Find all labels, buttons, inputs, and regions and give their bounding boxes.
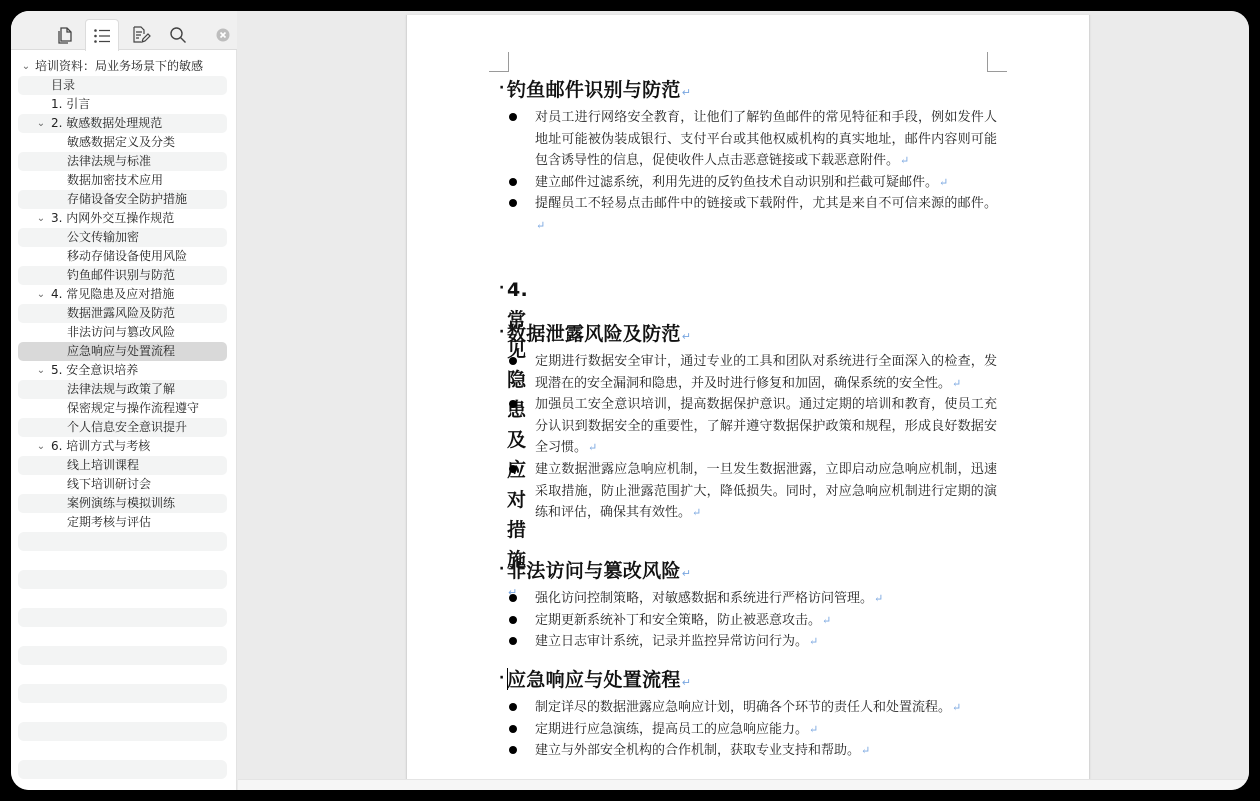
outline-empty-row: [18, 646, 227, 665]
margin-corner-mark: [987, 52, 1007, 72]
outline-empty-row: [18, 608, 227, 627]
annotate-icon: [131, 25, 151, 45]
heading-text: 数据泄露风险及防范: [507, 323, 681, 345]
list-item: 建立与外部安全机构的合作机制，获取专业支持和帮助。↵: [503, 740, 997, 762]
bullet-icon: [509, 400, 517, 408]
outline-empty-row: [18, 741, 227, 760]
paragraph-mark-icon: ↵: [874, 592, 883, 605]
bullet-icon: [509, 637, 517, 645]
outline-empty-row: [18, 703, 227, 722]
outline-item-label: 公文传输加密: [67, 228, 139, 247]
heading-text: 非法访问与篡改风险: [507, 560, 681, 582]
paragraph-mark-icon: ↵: [822, 614, 831, 627]
outline-item-label: 存储设备安全防护措施: [67, 190, 187, 209]
outline-item[interactable]: ⌄2. 敏感数据处理规范: [18, 114, 227, 133]
list-item: 对员工进行网络安全教育，让他们了解钓鱼邮件的常见特征和手段，例如发件人地址可能被…: [503, 107, 997, 172]
list-item: 定期更新系统补丁和安全策略，防止被恶意攻击。↵: [503, 610, 997, 632]
paragraph-mark-icon: ↵: [900, 154, 909, 167]
outline-empty-row: [18, 760, 227, 779]
paragraph-mark-icon: ↵: [588, 441, 597, 454]
sidebar-toolbar: [11, 11, 237, 50]
list-item: 建立日志审计系统，记录并监控异常访问行为。↵: [503, 631, 997, 653]
outline-item-label: 保密规定与操作流程遵守: [67, 399, 199, 418]
section-data-leak: · 数据泄露风险及防范↵ 定期进行数据安全审计，通过专业的工具和团队对系统进行全…: [503, 319, 997, 524]
outline-item-label: 个人信息安全意识提升: [67, 418, 187, 437]
heading: · 钓鱼邮件识别与防范↵: [503, 75, 997, 105]
outline-list-icon: [93, 28, 111, 44]
paragraph-mark-icon: ↵: [861, 744, 870, 757]
outline-item[interactable]: 个人信息安全意识提升: [18, 418, 227, 437]
bullet-icon: [509, 113, 517, 121]
section-phishing: · 钓鱼邮件识别与防范↵ 对员工进行网络安全教育，让他们了解钓鱼邮件的常见特征和…: [503, 75, 997, 237]
paragraph-mark-icon: ↵: [809, 635, 818, 648]
heading: · 数据泄露风险及防范↵: [503, 319, 997, 349]
outline-item[interactable]: 存储设备安全防护措施: [18, 190, 227, 209]
outline-item-label: 2. 敏感数据处理规范: [51, 114, 162, 133]
list-item: 加强员工安全意识培训，提高数据保护意识。通过定期的培训和教育，使员工充分认识到数…: [503, 394, 997, 459]
outline-item-label: 培训资料：局业务场景下的敏感: [35, 57, 203, 76]
outline-tree: ⌄培训资料：局业务场景下的敏感目录1. 引言⌄2. 敏感数据处理规范敏感数据定义…: [11, 57, 237, 779]
outline-empty-row: [18, 722, 227, 741]
bullet-icon: [509, 199, 517, 207]
outline-empty-row: [18, 665, 227, 684]
outline-item[interactable]: ⌄6. 培训方式与考核: [18, 437, 227, 456]
outline-empty-row: [18, 532, 227, 551]
paragraph-mark-icon: ↵: [682, 330, 692, 343]
bullet-icon: [509, 616, 517, 624]
bullet-icon: [509, 725, 517, 733]
outline-item[interactable]: ⌄3. 内网外交互操作规范: [18, 209, 227, 228]
heading: · 非法访问与篡改风险↵: [503, 556, 997, 586]
chevron-down-icon[interactable]: ⌄: [21, 57, 31, 76]
document-canvas[interactable]: · 钓鱼邮件识别与防范↵ 对员工进行网络安全教育，让他们了解钓鱼邮件的常见特征和…: [238, 11, 1249, 779]
outline-item-label: 钓鱼邮件识别与防范: [67, 266, 175, 285]
outline-item-label: 定期考核与评估: [67, 513, 151, 532]
outline-item[interactable]: 移动存储设备使用风险: [18, 247, 227, 266]
outline-item-label: 1. 引言: [51, 95, 90, 114]
outline-empty-row: [18, 570, 227, 589]
outline-empty-row: [18, 684, 227, 703]
paragraph-mark-icon: ↵: [682, 676, 692, 689]
search-icon: [169, 26, 187, 44]
sidebar: ⌄培训资料：局业务场景下的敏感目录1. 引言⌄2. 敏感数据处理规范敏感数据定义…: [11, 11, 237, 790]
bullet-icon: [509, 746, 517, 754]
list-item: 建立邮件过滤系统，利用先进的反钓鱼技术自动识别和拦截可疑邮件。↵: [503, 172, 997, 194]
outline-item[interactable]: 案例演练与模拟训练: [18, 494, 227, 513]
list-item: 定期进行应急演练，提高员工的应急响应能力。↵: [503, 719, 997, 741]
search-button[interactable]: [161, 19, 195, 50]
pages-view-button[interactable]: [48, 19, 82, 50]
pages-icon: [56, 25, 74, 45]
heading-text: 应急响应与处置流程: [507, 669, 681, 691]
outline-item-label: 法律法规与标准: [67, 152, 151, 171]
outline-item-label: 线上培训课程: [67, 456, 139, 475]
list-item: 提醒员工不轻易点击邮件中的链接或下载附件，尤其是来自不可信来源的邮件。↵: [503, 193, 997, 236]
outline-item[interactable]: 钓鱼邮件识别与防范: [18, 266, 227, 285]
list-item: 制定详尽的数据泄露应急响应计划，明确各个环节的责任人和处置流程。↵: [503, 697, 997, 719]
chevron-down-icon[interactable]: ⌄: [36, 285, 46, 304]
outline-item[interactable]: 法律法规与政策了解: [18, 380, 227, 399]
outline-item[interactable]: 1. 引言: [18, 95, 227, 114]
list-item: 强化访问控制策略，对敏感数据和系统进行严格访问管理。↵: [503, 588, 997, 610]
outline-item[interactable]: 非法访问与篡改风险: [18, 323, 227, 342]
outline-item[interactable]: 公文传输加密: [18, 228, 227, 247]
list-item: 建立数据泄露应急响应机制，一旦发生数据泄露，立即启动应急响应机制，迅速采取措施，…: [503, 459, 997, 524]
outline-item[interactable]: 线上培训课程: [18, 456, 227, 475]
paragraph-mark-icon: ↵: [809, 723, 818, 736]
bullet-icon: [509, 703, 517, 711]
outline-empty-row: [18, 551, 227, 570]
chevron-down-icon[interactable]: ⌄: [36, 361, 46, 380]
outline-item[interactable]: ⌄4. 常见隐患及应对措施: [18, 285, 227, 304]
outline-item-label: 数据加密技术应用: [67, 171, 163, 190]
annotations-view-button[interactable]: [124, 19, 158, 50]
chevron-down-icon[interactable]: ⌄: [36, 437, 46, 456]
outline-item-label: 应急响应与处置流程: [67, 342, 175, 361]
outline-item[interactable]: 定期考核与评估: [18, 513, 227, 532]
outline-view-button[interactable]: [85, 19, 119, 51]
status-bar: [238, 779, 1249, 790]
list-item: 定期进行数据安全审计，通过专业的工具和团队对系统进行全面深入的检查，发现潜在的安…: [503, 351, 997, 394]
bullet-icon: [509, 357, 517, 365]
outline-item-label: 数据泄露风险及防范: [67, 304, 175, 323]
chevron-down-icon[interactable]: ⌄: [36, 209, 46, 228]
outline-item-label: 6. 培训方式与考核: [51, 437, 150, 456]
outline-item[interactable]: 法律法规与标准: [18, 152, 227, 171]
margin-corner-mark: [489, 52, 509, 72]
outline-item[interactable]: 敏感数据定义及分类: [18, 133, 227, 152]
outline-empty-row: [18, 589, 227, 608]
paragraph-mark-icon: ↵: [682, 86, 692, 99]
bullet-icon: [509, 178, 517, 186]
outline-item[interactable]: ⌄培训资料：局业务场景下的敏感: [18, 57, 227, 76]
outline-item-label: 3. 内网外交互操作规范: [51, 209, 174, 228]
app-window: ⌄培训资料：局业务场景下的敏感目录1. 引言⌄2. 敏感数据处理规范敏感数据定义…: [11, 11, 1249, 790]
paragraph-mark-icon: ↵: [692, 506, 701, 519]
close-circle-icon: [216, 28, 230, 42]
document-page[interactable]: · 钓鱼邮件识别与防范↵ 对员工进行网络安全教育，让他们了解钓鱼邮件的常见特征和…: [406, 15, 1090, 785]
chevron-down-icon[interactable]: ⌄: [36, 114, 46, 133]
heading-text: 钓鱼邮件识别与防范: [507, 79, 681, 101]
heading: · 应急响应与处置流程↵: [503, 665, 997, 695]
bullet-icon: [509, 465, 517, 473]
outline-item-label: 线下培训研讨会: [67, 475, 151, 494]
outline-item-label: 敏感数据定义及分类: [67, 133, 175, 152]
outline-item-label: 5. 安全意识培养: [51, 361, 138, 380]
outline-item-label: 非法访问与篡改风险: [67, 323, 175, 342]
bullet-icon: [509, 594, 517, 602]
paragraph-mark-icon: ↵: [682, 567, 692, 580]
paragraph-mark-icon: ↵: [536, 219, 545, 232]
close-sidebar-button[interactable]: [206, 19, 240, 50]
outline-item[interactable]: 线下培训研讨会: [18, 475, 227, 494]
outline-item[interactable]: 应急响应与处置流程: [18, 342, 227, 361]
outline-item-label: 4. 常见隐患及应对措施: [51, 285, 174, 304]
section-emergency-response: · 应急响应与处置流程↵ 制定详尽的数据泄露应急响应计划，明确各个环节的责任人和…: [503, 665, 997, 762]
outline-item[interactable]: ⌄5. 安全意识培养: [18, 361, 227, 380]
paragraph-mark-icon: ↵: [939, 176, 948, 189]
outline-item[interactable]: 数据加密技术应用: [18, 171, 227, 190]
section-illegal-access: · 非法访问与篡改风险↵ 强化访问控制策略，对敏感数据和系统进行严格访问管理。↵…: [503, 556, 997, 653]
outline-item[interactable]: 目录: [18, 76, 227, 95]
outline-item-label: 案例演练与模拟训练: [67, 494, 175, 513]
outline-item[interactable]: 保密规定与操作流程遵守: [18, 399, 227, 418]
outline-empty-row: [18, 627, 227, 646]
outline-item-label: 移动存储设备使用风险: [67, 247, 187, 266]
outline-item[interactable]: 数据泄露风险及防范: [18, 304, 227, 323]
paragraph-mark-icon: ↵: [952, 377, 961, 390]
paragraph-mark-icon: ↵: [952, 701, 961, 714]
outline-item-label: 法律法规与政策了解: [67, 380, 175, 399]
outline-item-label: 目录: [51, 76, 75, 95]
